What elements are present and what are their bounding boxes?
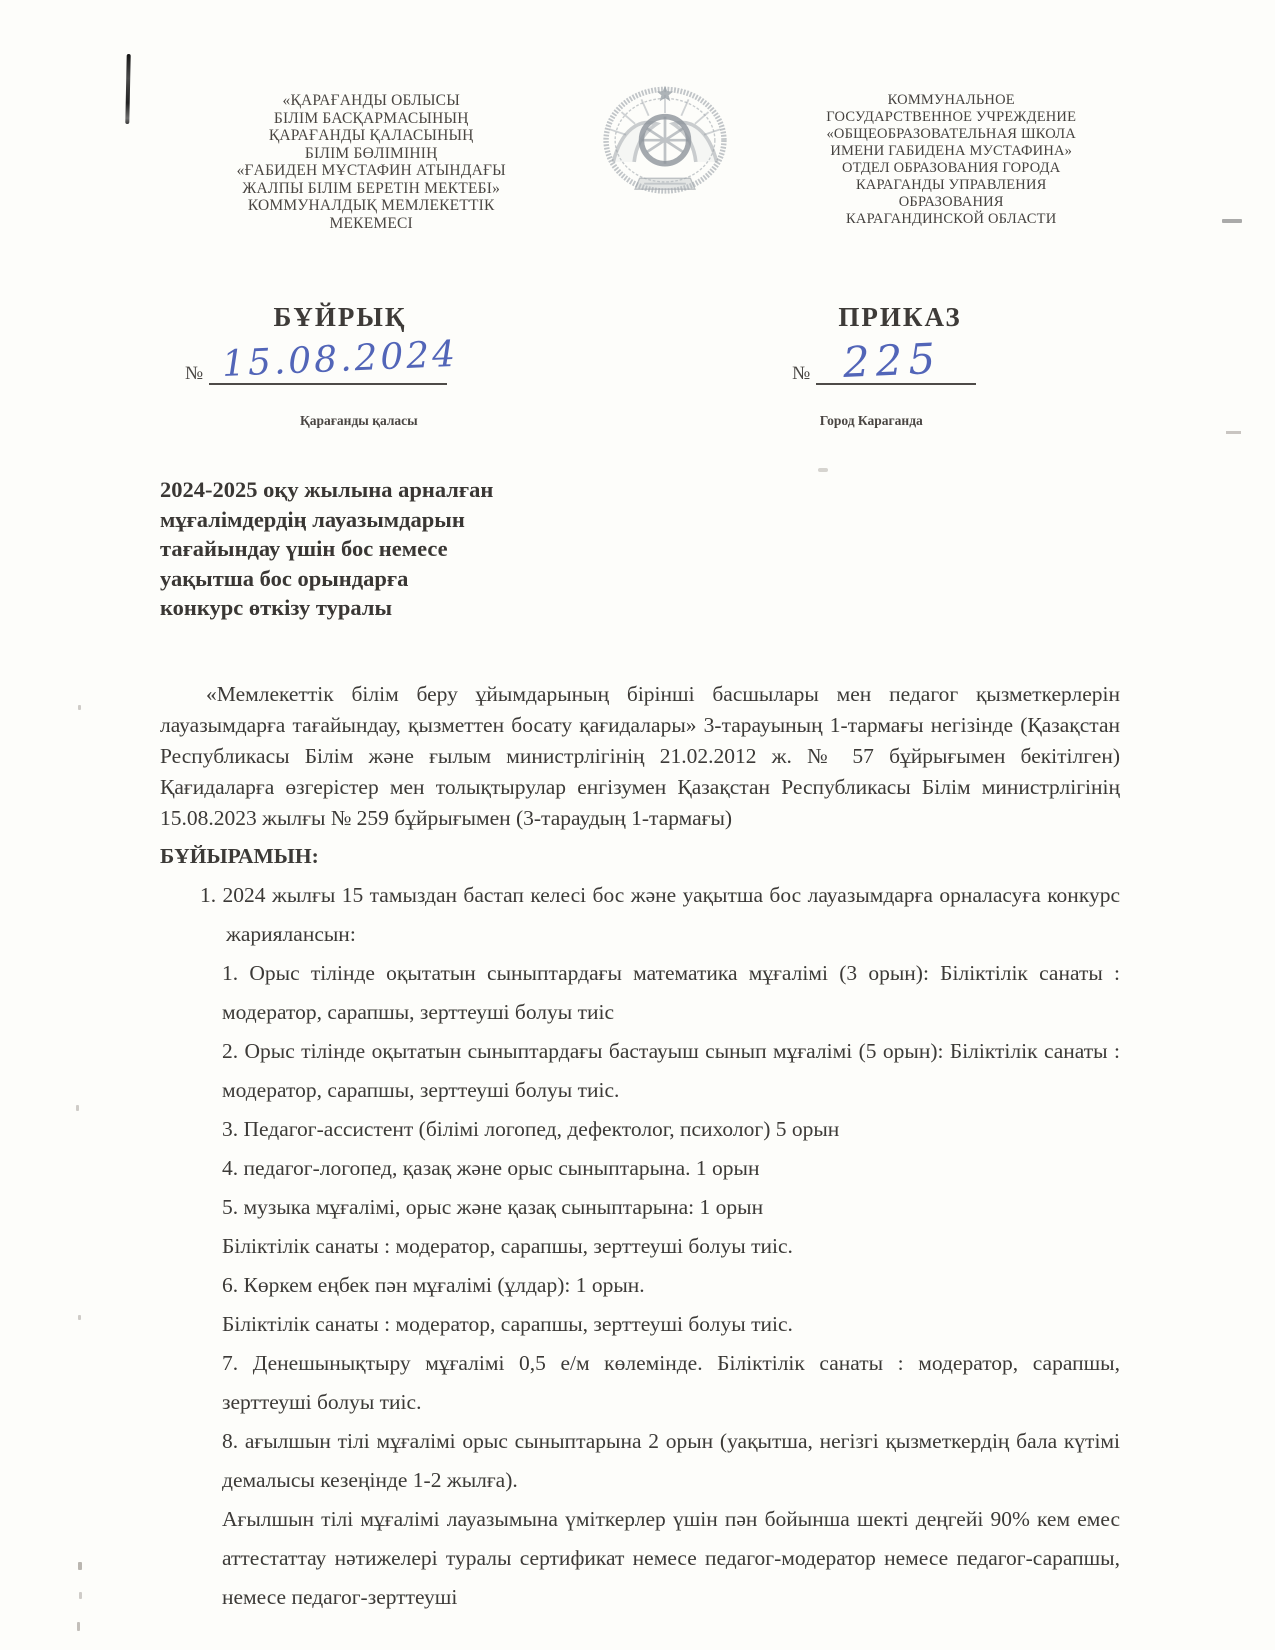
scan-artifact-speck xyxy=(78,705,81,710)
subject-line: конкурс өткізу туралы xyxy=(160,593,670,623)
org-line: ОТДЕЛ ОБРАЗОВАНИЯ ГОРОДА xyxy=(737,160,1165,177)
order-body: «Мемлекеттік білім беру ұйымдарының бірі… xyxy=(160,679,1120,1617)
scanned-order-document: «ҚАРАҒАНДЫ ОБЛЫСЫ БІЛІМ БАСҚАРМАСЫНЫҢ ҚА… xyxy=(0,0,1275,1650)
org-line: ЖАЛПЫ БІЛІМ БЕРЕТІН МЕКТЕБІ» xyxy=(150,180,592,198)
scan-artifact-dash xyxy=(1222,219,1242,223)
vacancy-item: 2. Орыс тілінде оқытатын сыныптардағы ба… xyxy=(222,1032,1120,1110)
vacancy-item: 1. Орыс тілінде оқытатын сыныптардағы ма… xyxy=(222,954,1120,1032)
subject-line: 2024-2025 оқу жылына арналған xyxy=(160,475,670,505)
scan-artifact-speck xyxy=(77,1622,80,1631)
intro-paragraph: «Мемлекеттік білім беру ұйымдарының бірі… xyxy=(160,679,1120,834)
scan-artifact-speck xyxy=(78,1315,81,1320)
handwritten-date: 15.08.2024 xyxy=(221,334,459,385)
org-name-kazakh: «ҚАРАҒАНДЫ ОБЛЫСЫ БІЛІМ БАСҚАРМАСЫНЫҢ ҚА… xyxy=(150,92,592,232)
vacancy-item-note: Ағылшын тілі мұғалімі лауазымына үміткер… xyxy=(222,1500,1120,1617)
subject-line: уақытша бос орындарға xyxy=(160,564,670,594)
kazakhstan-coat-of-arms-icon xyxy=(597,82,733,207)
order-number-russian: № 225 xyxy=(792,363,976,385)
number-sign: № xyxy=(185,363,209,385)
org-line: ҚАРАҒАНДЫ ҚАЛАСЫНЫҢ xyxy=(150,127,592,145)
org-line: КАРАГАНДИНСКОЙ ОБЛАСТИ xyxy=(737,211,1165,228)
order-item-1: 1. 2024 жылғы 15 тамыздан бастап келесі … xyxy=(200,876,1120,954)
org-name-russian: КОММУНАЛЬНОЕ ГОСУДАРСТВЕННОЕ УЧРЕЖДЕНИЕ … xyxy=(737,92,1165,228)
handwritten-number: 225 xyxy=(842,334,942,387)
vacancy-list: 1. Орыс тілінде оқытатын сыныптардағы ма… xyxy=(160,954,1120,1617)
org-line: КОММУНАЛДЫҚ МЕМЛЕКЕТТІК xyxy=(150,197,592,215)
scan-artifact-speck xyxy=(79,1592,82,1599)
order-subject: 2024-2025 оқу жылына арналған мұғалімдер… xyxy=(160,475,670,623)
org-line: КАРАГАНДЫ УПРАВЛЕНИЯ xyxy=(737,177,1165,194)
scan-artifact-speck xyxy=(76,1105,79,1111)
org-line: ИМЕНИ ГАБИДЕНА МУСТАФИНА» xyxy=(737,143,1165,160)
vacancy-item: 5. музыка мұғалімі, орыс және қазақ сыны… xyxy=(222,1188,1120,1227)
org-line: БІЛІМ БАСҚАРМАСЫНЫҢ xyxy=(150,110,592,128)
city-label-russian: Город Караганда xyxy=(820,413,923,429)
org-line: «ҚАРАҒАНДЫ ОБЛЫСЫ xyxy=(150,92,592,110)
org-line: БІЛІМ БӨЛІМІНІҢ xyxy=(150,145,592,163)
org-line: МЕКЕМЕСІ xyxy=(150,215,592,233)
vacancy-item: 3. Педагог-ассистент (білімі логопед, де… xyxy=(222,1110,1120,1149)
subject-line: мұғалімдердің лауазымдарын xyxy=(160,505,670,535)
vacancy-item-note: Біліктілік санаты : модератор, сарапшы, … xyxy=(222,1227,1120,1266)
number-blank-line: 15.08.2024 xyxy=(209,375,447,385)
org-line: ОБРАЗОВАНИЯ xyxy=(737,194,1165,211)
resolve-word: БҰЙЫРАМЫН: xyxy=(160,836,1120,876)
order-title-russian: ПРИКАЗ xyxy=(775,302,1025,333)
vacancy-item: 7. Денешынықтыру мұғалімі 0,5 е/м көлемі… xyxy=(222,1344,1120,1422)
order-number-kazakh: № 15.08.2024 xyxy=(185,363,447,385)
number-sign: № xyxy=(792,363,816,385)
vacancy-item: 6. Көркем еңбек пән мұғалімі (ұлдар): 1 … xyxy=(222,1266,1120,1305)
org-line: «ОБЩЕОБРАЗОВАТЕЛЬНАЯ ШКОЛА xyxy=(737,126,1165,143)
letterhead: «ҚАРАҒАНДЫ ОБЛЫСЫ БІЛІМ БАСҚАРМАСЫНЫҢ ҚА… xyxy=(0,0,1275,232)
order-title-kazakh: БҰЙРЫҚ xyxy=(195,302,485,333)
vacancy-item: 4. педагог-логопед, қазақ және орыс сыны… xyxy=(222,1149,1120,1188)
vacancy-item: 8. ағылшын тілі мұғалімі орыс сыныптарын… xyxy=(222,1422,1120,1500)
scan-artifact-speck xyxy=(78,1562,82,1570)
number-blank-line: 225 xyxy=(816,375,976,385)
scan-artifact-dash xyxy=(1226,431,1241,434)
org-line: КОММУНАЛЬНОЕ xyxy=(737,92,1165,109)
subject-line: тағайындау үшін бос немесе xyxy=(160,534,670,564)
vacancy-item-note: Біліктілік санаты : модератор, сарапшы, … xyxy=(222,1305,1120,1344)
city-label-kazakh: Қарағанды қаласы xyxy=(300,413,418,429)
org-line: «ҒАБИДЕН МҰСТАФИН АТЫНДАҒЫ xyxy=(150,162,592,180)
scan-artifact-smudge xyxy=(818,468,828,472)
org-line: ГОСУДАРСТВЕННОЕ УЧРЕЖДЕНИЕ xyxy=(737,109,1165,126)
